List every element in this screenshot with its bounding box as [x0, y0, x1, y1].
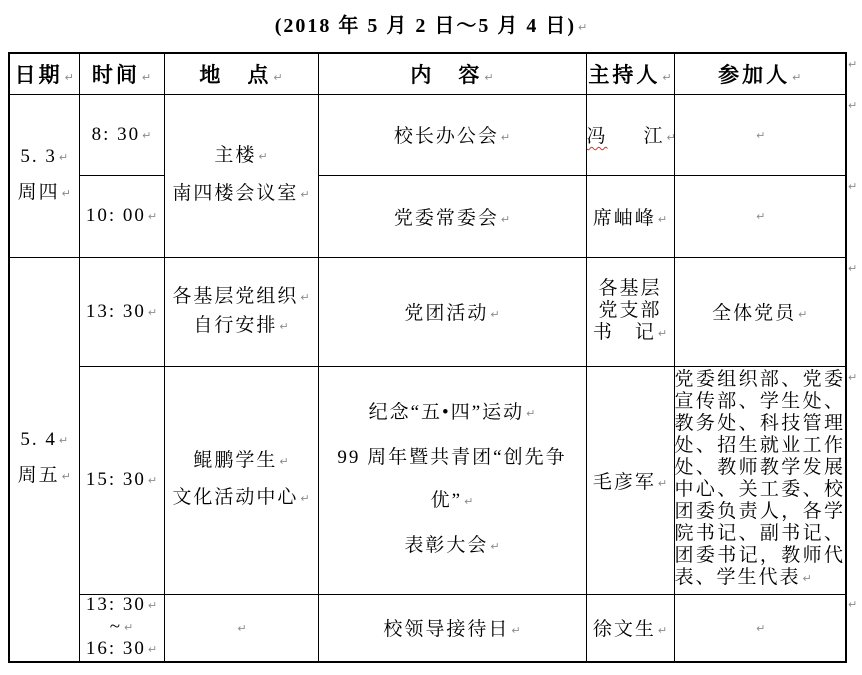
table-row: 10: 00↵ 党委常委会↵ 席岫峰↵ ↵	[9, 175, 846, 257]
cell-time: 8: 30↵	[79, 94, 164, 175]
paragraph-mark-icon: ↵	[490, 540, 499, 553]
page-title: (2018 年 5 月 2 日～5 月 4 日)↵	[0, 9, 862, 38]
cell-participants: 党委组织部、党委宣传部、学生处、教务处、科技管理处、招生就业工作处、教师教学发展…	[674, 366, 846, 594]
cell-host: 各基层党支部书 记↵	[586, 257, 674, 366]
col-header-date: 日期↵	[9, 53, 79, 94]
row-end-mark-icon: ↵	[848, 598, 857, 611]
paragraph-mark-icon: ↵	[59, 434, 68, 447]
paragraph-mark-icon: ↵	[62, 187, 71, 200]
row-end-mark-icon: ↵	[848, 180, 857, 193]
paragraph-mark-icon: ↵	[667, 131, 674, 144]
paragraph-mark-icon: ↵	[658, 624, 667, 637]
document-page: (2018 年 5 月 2 日～5 月 4 日)↵ 日期↵ 时间↵ 地 点↵ 内…	[0, 0, 862, 675]
paragraph-mark-icon: ↵	[798, 308, 807, 321]
cell-date-thursday: 5. 3↵周四↵	[9, 94, 79, 257]
table-row: 13: 30↵~↵16: 30↵ ↵ 校领导接待日↵ 徐文生↵ ↵	[9, 594, 846, 662]
paragraph-mark-icon: ↵	[62, 470, 71, 483]
paragraph-mark-icon: ↵	[756, 622, 765, 635]
paragraph-mark-icon: ↵	[142, 71, 151, 84]
row-end-mark-icon: ↵	[848, 99, 857, 112]
paragraph-mark-icon: ↵	[578, 21, 587, 34]
cell-time: 15: 30↵	[79, 366, 164, 594]
cell-content: 纪念“五•四”运动↵99 周年暨共青团“创先争优”↵表彰大会↵	[318, 366, 586, 594]
cell-date-friday: 5. 4↵周五↵	[9, 257, 79, 662]
paragraph-mark-icon: ↵	[658, 327, 667, 340]
cell-time: 10: 00↵	[79, 175, 164, 257]
paragraph-mark-icon: ↵	[279, 455, 288, 468]
cell-participants-empty: ↵	[674, 175, 846, 257]
paragraph-mark-icon: ↵	[148, 474, 157, 487]
paragraph-mark-icon: ↵	[501, 213, 510, 226]
paragraph-mark-icon: ↵	[792, 71, 801, 84]
col-header-participants: 参加人↵	[674, 53, 846, 94]
paragraph-mark-icon: ↵	[803, 572, 812, 585]
cell-host: 毛彦军↵	[586, 366, 674, 594]
cell-participants-empty: ↵	[674, 94, 846, 175]
paragraph-mark-icon: ↵	[526, 407, 535, 420]
paragraph-mark-icon: ↵	[65, 71, 74, 84]
cell-time: 13: 30↵	[79, 257, 164, 366]
paragraph-mark-icon: ↵	[148, 306, 157, 319]
paragraph-mark-icon: ↵	[148, 599, 157, 612]
col-header-host: 主持人↵	[586, 53, 674, 94]
paragraph-mark-icon: ↵	[662, 71, 671, 84]
cell-host: 冯江↵	[586, 94, 674, 175]
paragraph-mark-icon: ↵	[484, 71, 493, 84]
cell-participants: 全体党员↵	[674, 257, 846, 366]
paragraph-mark-icon: ↵	[124, 621, 133, 634]
paragraph-mark-icon: ↵	[658, 477, 667, 490]
host-name-spellcheck: 冯	[587, 126, 608, 147]
paragraph-mark-icon: ↵	[300, 291, 309, 304]
col-header-time: 时间↵	[79, 53, 164, 94]
schedule-table: 日期↵ 时间↵ 地 点↵ 内 容↵ 主持人↵ 参加人↵ 5. 3↵周四↵ 8: …	[8, 52, 847, 663]
header-row: 日期↵ 时间↵ 地 点↵ 内 容↵ 主持人↵ 参加人↵	[9, 53, 846, 94]
paragraph-mark-icon: ↵	[756, 129, 765, 142]
table-row: 5. 3↵周四↵ 8: 30↵ 主楼↵南四楼会议室↵ 校长办公会↵ 冯江↵ ↵	[9, 94, 846, 175]
cell-location-empty: ↵	[164, 594, 318, 662]
paragraph-mark-icon: ↵	[464, 495, 473, 508]
paragraph-mark-icon: ↵	[59, 151, 68, 164]
paragraph-mark-icon: ↵	[300, 492, 309, 505]
cell-location: 鲲鹏学生↵文化活动中心↵	[164, 366, 318, 594]
cell-participants-empty: ↵	[674, 594, 846, 662]
cell-location: 各基层党组织↵自行安排↵	[164, 257, 318, 366]
cell-content: 党委常委会↵	[318, 175, 586, 257]
table-row: 15: 30↵ 鲲鹏学生↵文化活动中心↵ 纪念“五•四”运动↵99 周年暨共青团…	[9, 366, 846, 594]
paragraph-mark-icon: ↵	[300, 188, 309, 201]
paragraph-mark-icon: ↵	[490, 308, 499, 321]
cell-time: 13: 30↵~↵16: 30↵	[79, 594, 164, 662]
paragraph-mark-icon: ↵	[142, 129, 151, 142]
page-title-text: (2018 年 5 月 2 日～5 月 4 日)	[275, 15, 576, 37]
paragraph-mark-icon: ↵	[279, 320, 288, 333]
paragraph-mark-icon: ↵	[237, 622, 246, 635]
paragraph-mark-icon: ↵	[756, 210, 765, 223]
paragraph-mark-icon: ↵	[148, 643, 157, 656]
cell-content: 校领导接待日↵	[318, 594, 586, 662]
cell-host: 徐文生↵	[586, 594, 674, 662]
cell-host: 席岫峰↵	[586, 175, 674, 257]
cell-location: 主楼↵南四楼会议室↵	[164, 94, 318, 257]
paragraph-mark-icon: ↵	[273, 71, 282, 84]
row-end-mark-icon: ↵	[848, 58, 857, 71]
row-end-mark-icon: ↵	[848, 262, 857, 275]
paragraph-mark-icon: ↵	[501, 131, 510, 144]
cell-content: 校长办公会↵	[318, 94, 586, 175]
paragraph-mark-icon: ↵	[148, 210, 157, 223]
host-name: 江	[644, 126, 665, 147]
paragraph-mark-icon: ↵	[258, 150, 267, 163]
col-header-content: 内 容↵	[318, 53, 586, 94]
paragraph-mark-icon: ↵	[511, 624, 520, 637]
table-row: 5. 4↵周五↵ 13: 30↵ 各基层党组织↵自行安排↵ 党团活动↵ 各基层党…	[9, 257, 846, 366]
cell-content: 党团活动↵	[318, 257, 586, 366]
row-end-mark-icon: ↵	[848, 371, 857, 384]
col-header-location: 地 点↵	[164, 53, 318, 94]
paragraph-mark-icon: ↵	[658, 213, 667, 226]
